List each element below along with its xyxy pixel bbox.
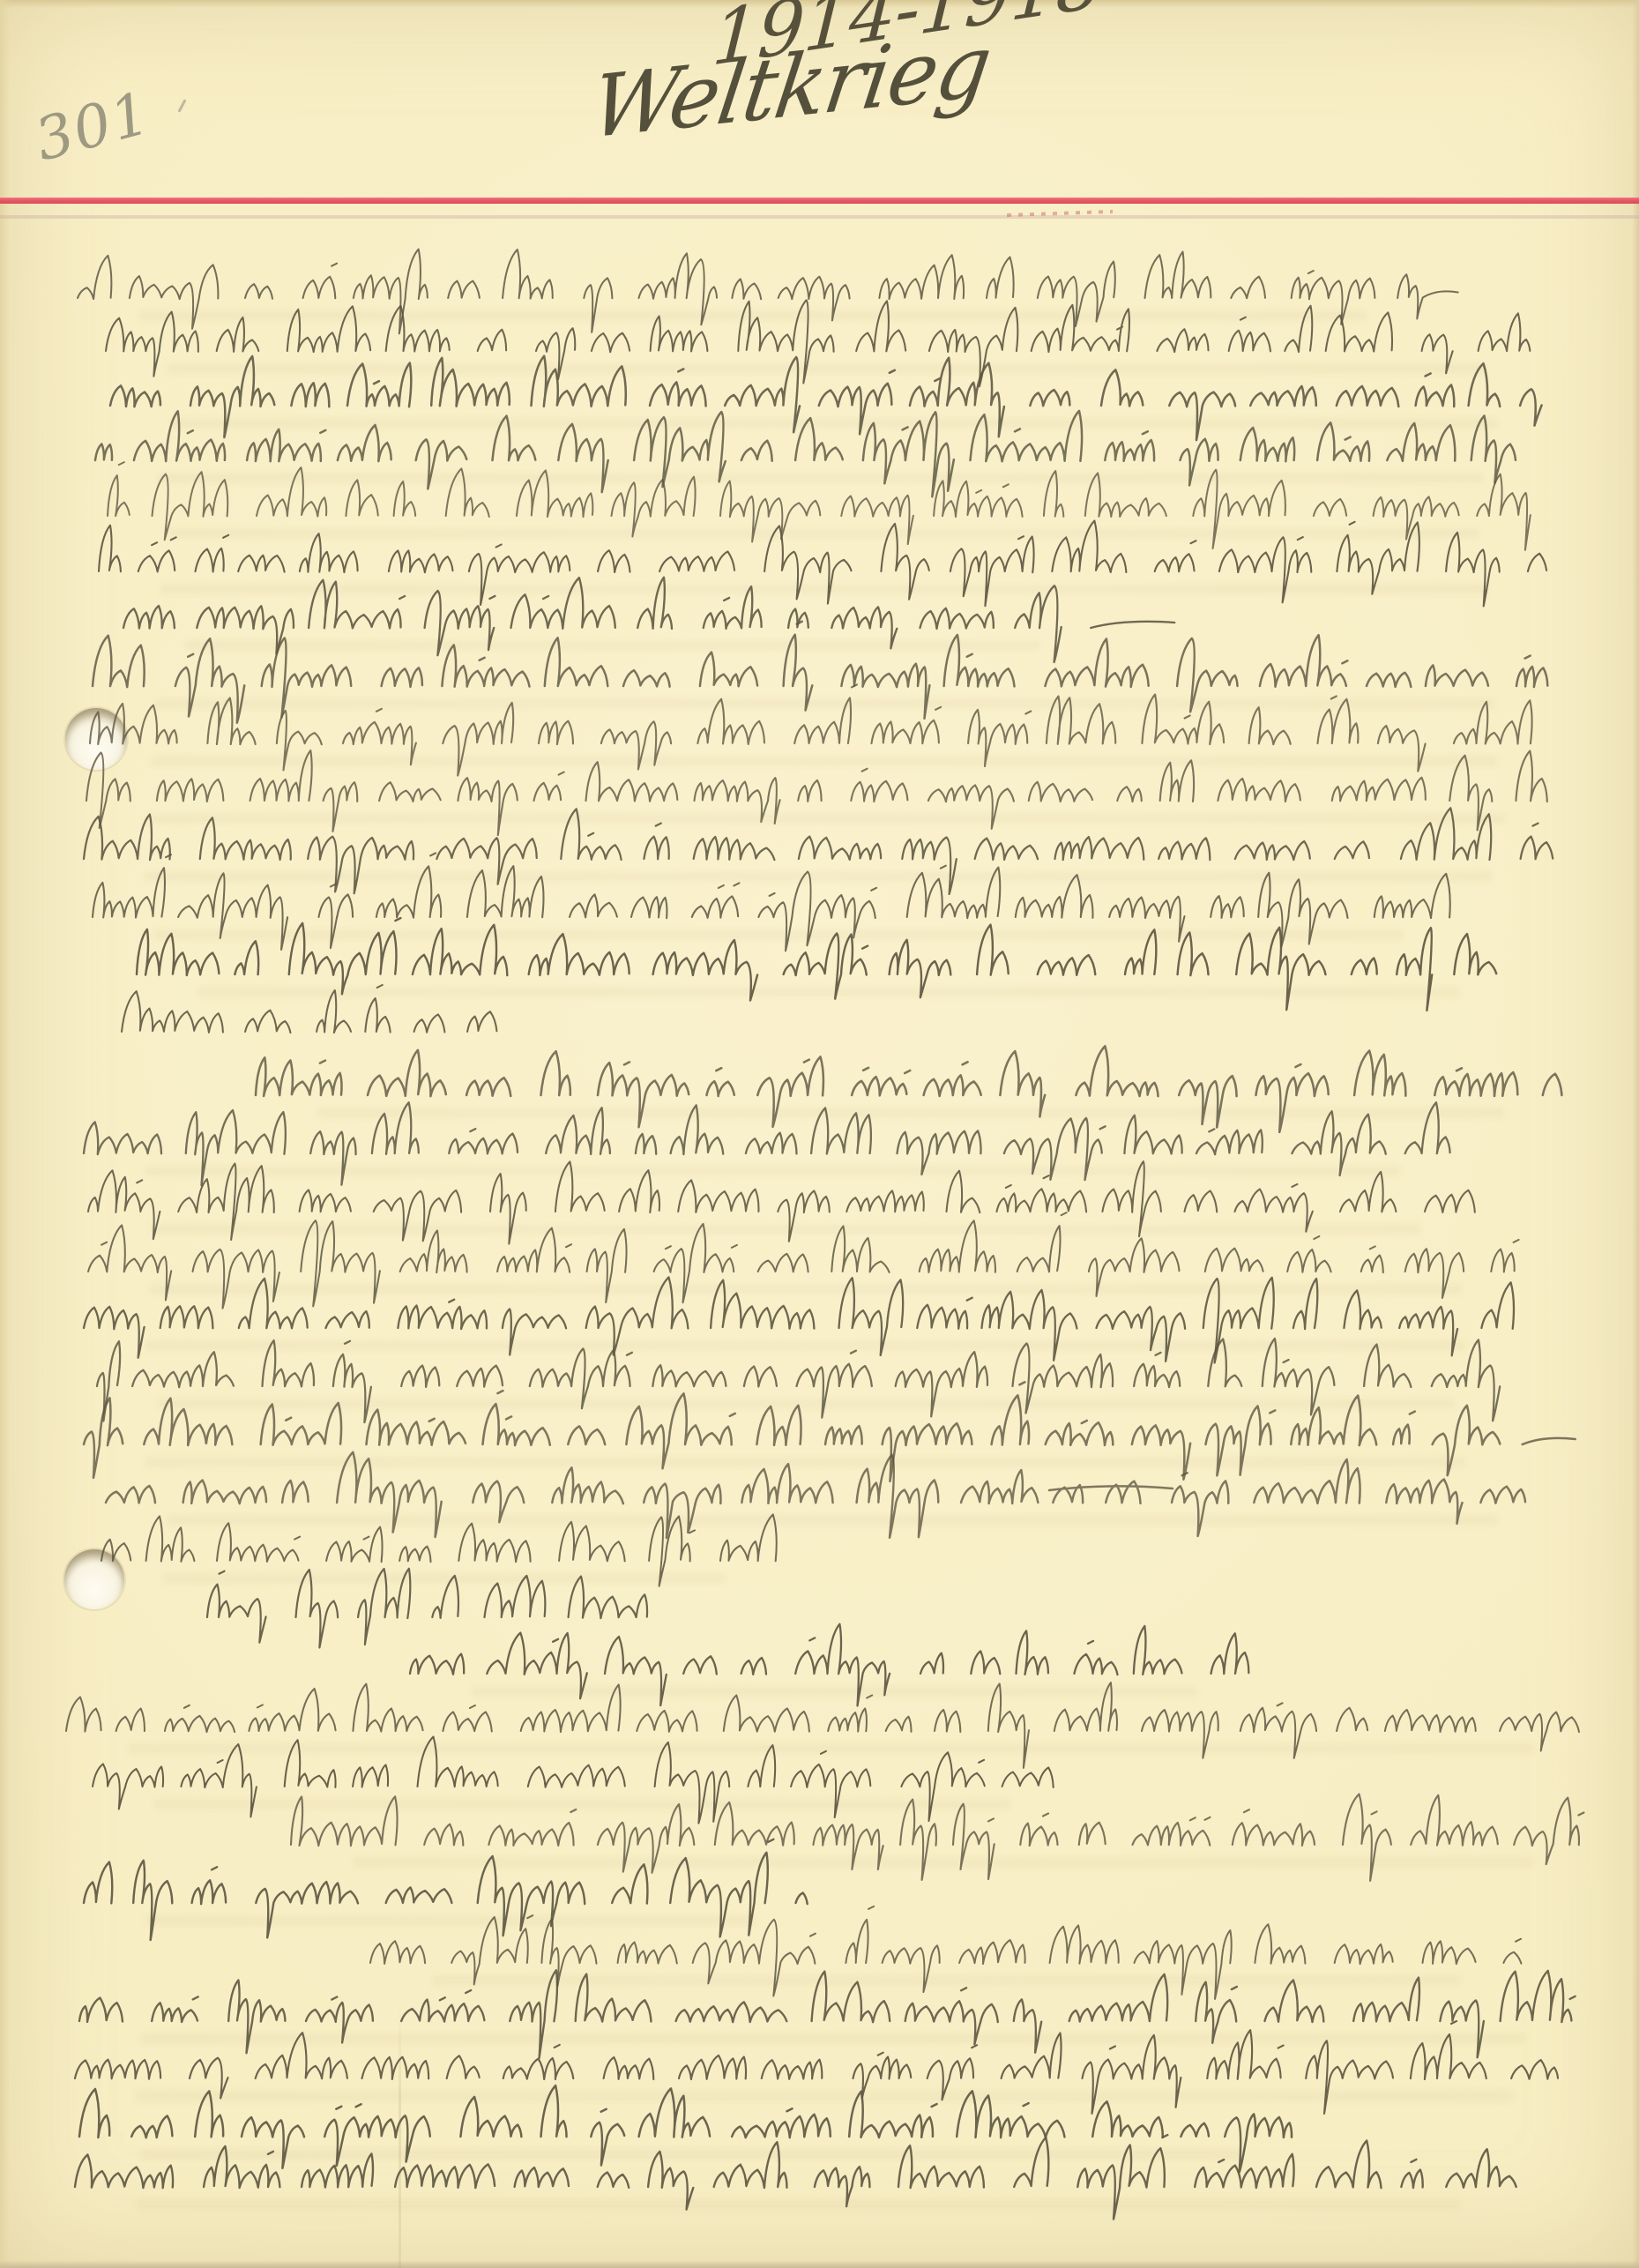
handwriting-line (78, 250, 1458, 334)
handwriting-body (0, 0, 1639, 2268)
ink-bleedthrough-shadows (128, 316, 1534, 2205)
handwriting-line (256, 1046, 1561, 1132)
manuscript-page: 301 1914-1918 Weltkrieg (0, 0, 1639, 2268)
paper-crease (399, 2002, 401, 2268)
